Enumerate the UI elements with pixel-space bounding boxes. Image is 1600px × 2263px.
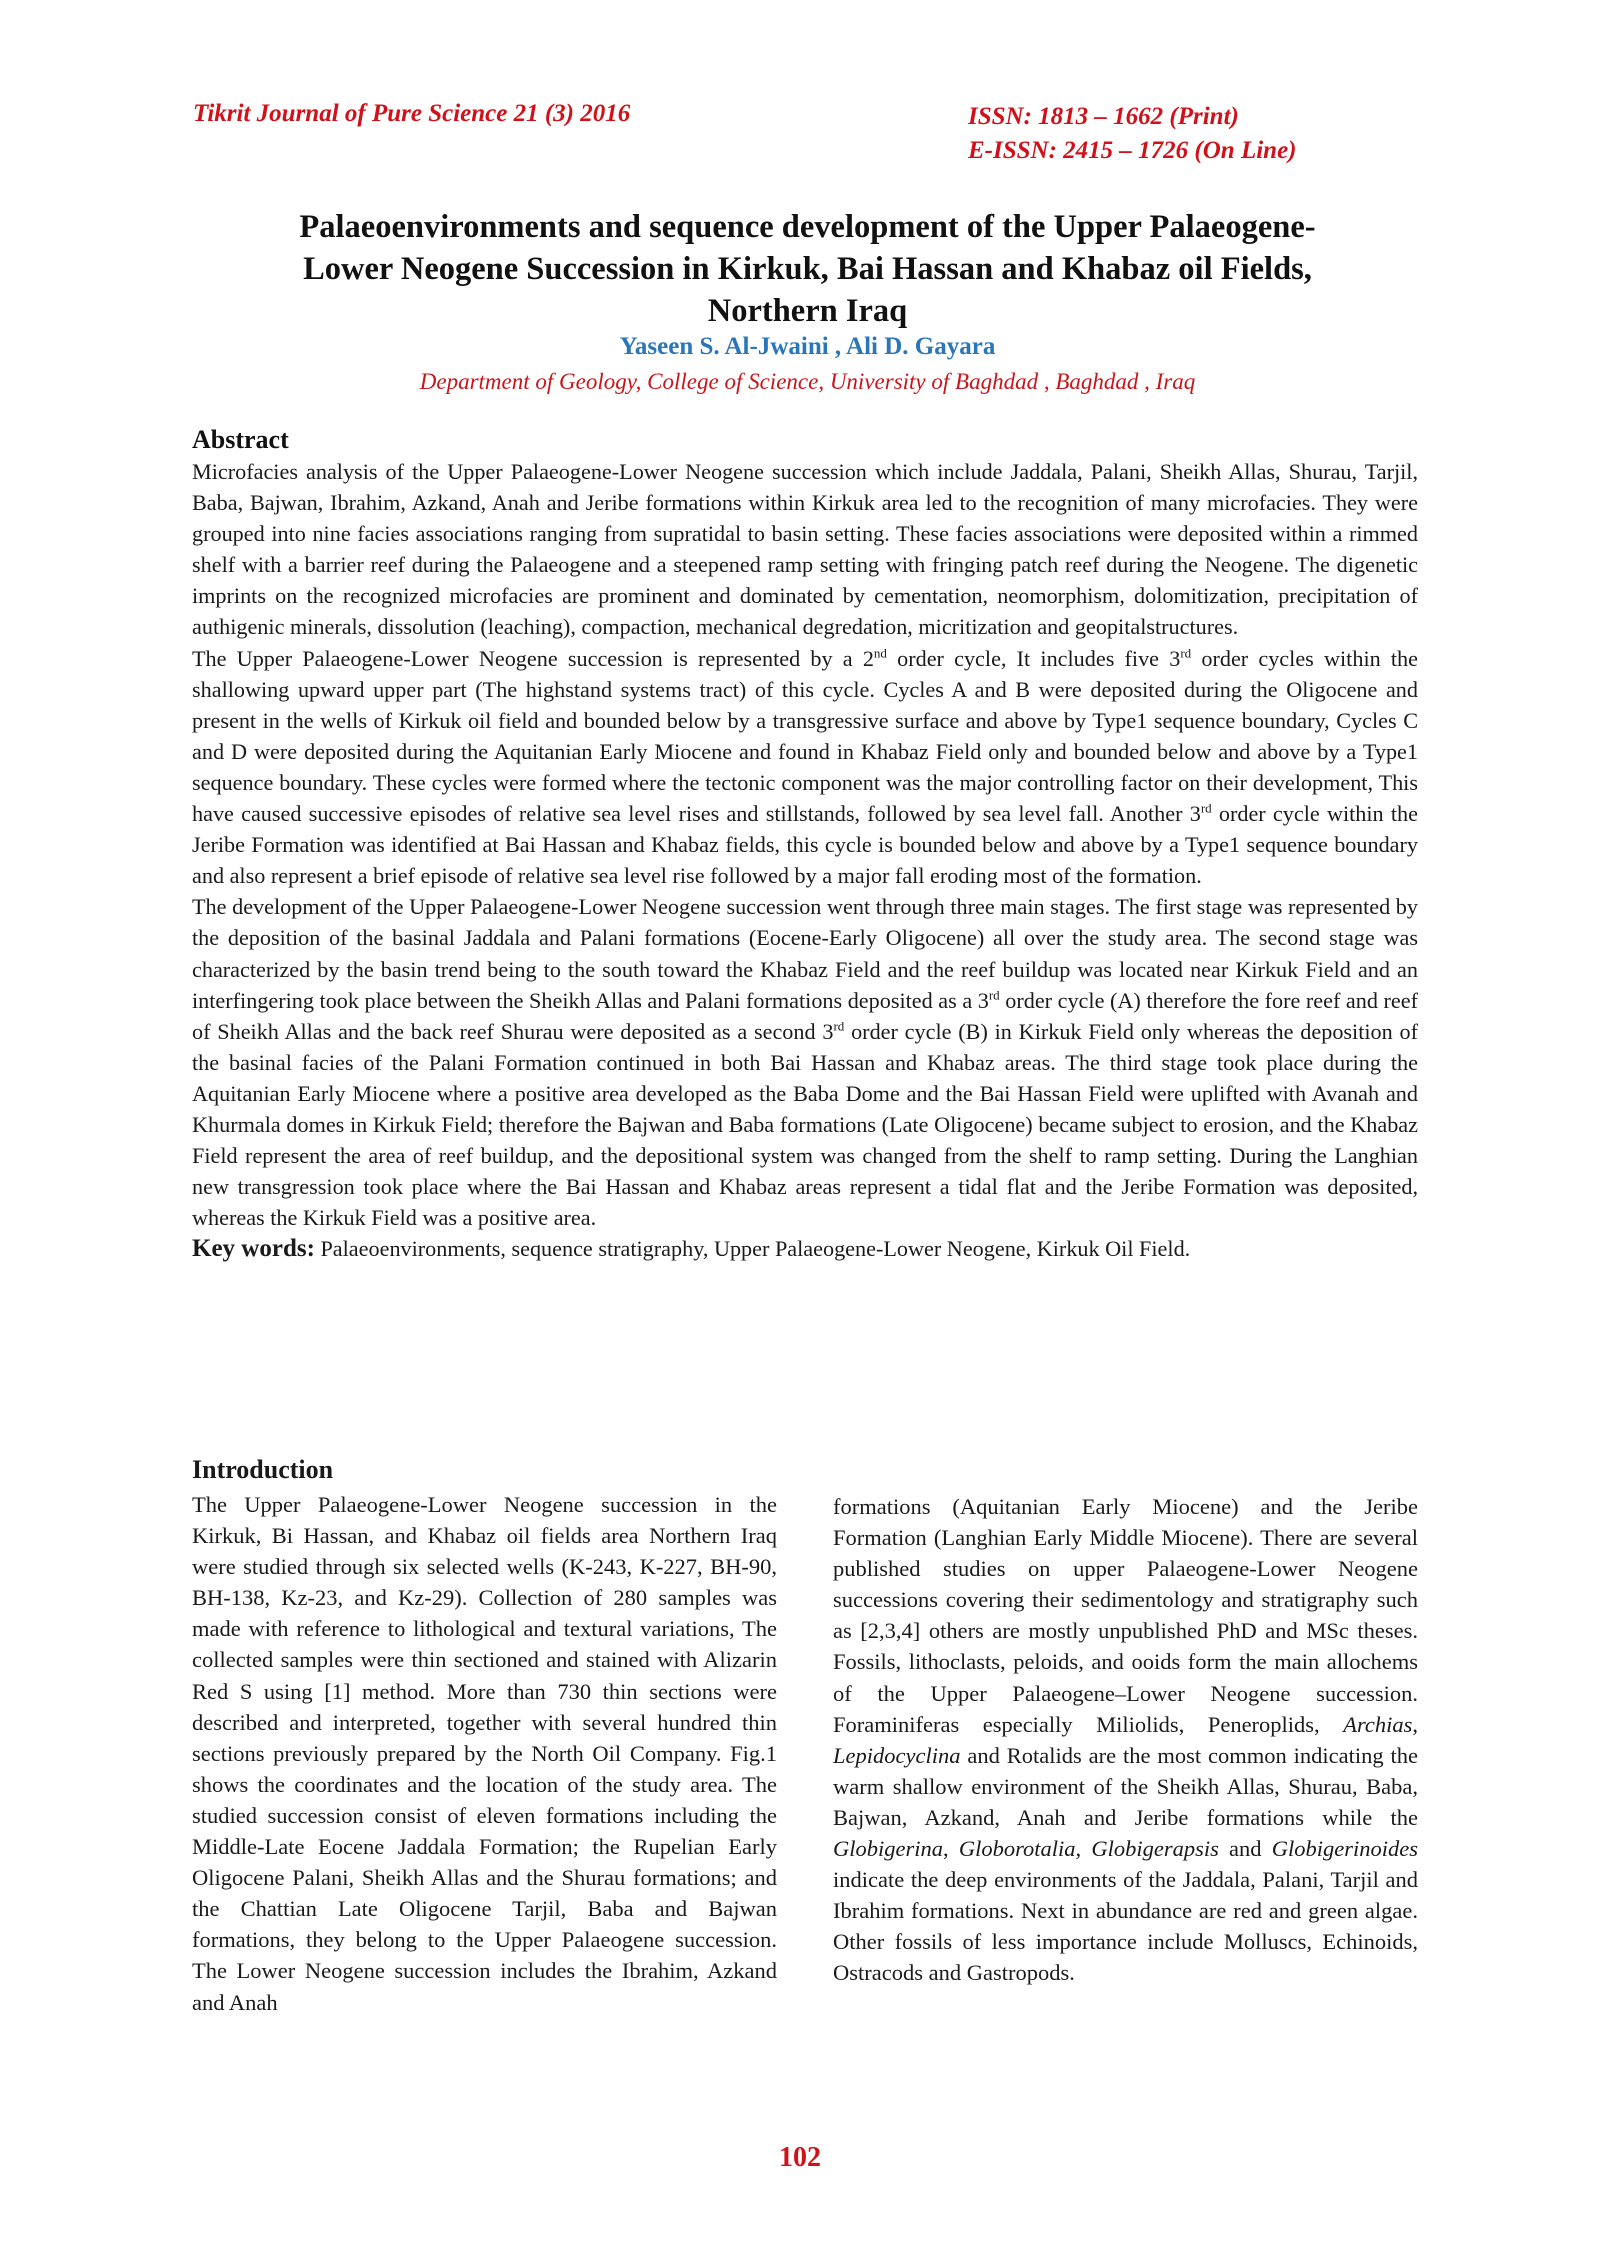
introduction-left-column: The Upper Palaeogene-Lower Neogene succe… [192, 1489, 777, 2018]
text-run: and [1219, 1836, 1272, 1861]
taxon-name: Archias [1343, 1712, 1412, 1737]
introduction-right-column: formations (Aquitanian Early Miocene) an… [833, 1491, 1418, 1989]
abstract-paragraph-2: The Upper Palaeogene-Lower Neogene succe… [192, 643, 1418, 892]
text-run: indicate the deep environments of the Ja… [833, 1867, 1418, 1985]
abstract-paragraph-1: Microfacies analysis of the Upper Palaeo… [192, 456, 1418, 643]
text-run: formations (Aquitanian Early Miocene) an… [833, 1494, 1418, 1737]
text-run: , [1412, 1712, 1418, 1737]
title-line-1: Palaeoenvironments and sequence developm… [190, 206, 1425, 248]
title-line-3: Northern Iraq [190, 290, 1425, 332]
taxon-name: Globigerapsis [1091, 1836, 1219, 1861]
abstract-section: Abstract Microfacies analysis of the Upp… [192, 424, 1418, 1264]
taxon-name: Globorotalia, [959, 1836, 1081, 1861]
taxon-name: Globigerinoides [1272, 1836, 1418, 1861]
introduction-paragraph-right: formations (Aquitanian Early Miocene) an… [833, 1491, 1418, 1989]
journal-name: Tikrit Journal of Pure Science 21 (3) 20… [193, 100, 630, 128]
superscript: rd [989, 987, 1000, 1002]
introduction-paragraph-left: The Upper Palaeogene-Lower Neogene succe… [192, 1489, 777, 2018]
text-run: order cycles within the shallowing upwar… [192, 646, 1418, 826]
issn-block: ISSN: 1813 – 1662 (Print) E-ISSN: 2415 –… [968, 100, 1297, 168]
introduction-heading: Introduction [192, 1455, 333, 1485]
superscript: nd [874, 645, 887, 660]
superscript: rd [1180, 645, 1191, 660]
keywords: Key words: Palaeoenvironments, sequence … [192, 1233, 1418, 1264]
affiliation: Department of Geology, College of Scienc… [190, 369, 1425, 395]
abstract-heading: Abstract [192, 424, 1418, 456]
text-run: , [943, 1836, 959, 1861]
taxon-name: Globigerina [833, 1836, 943, 1861]
abstract-paragraph-3: The development of the Upper Palaeogene-… [192, 891, 1418, 1233]
authors: Yaseen S. Al-Jwaini , Ali D. Gayara [190, 333, 1425, 361]
keywords-label: Key words: [192, 1235, 315, 1262]
issn-online: E-ISSN: 2415 – 1726 (On Line) [968, 134, 1297, 168]
issn-print: ISSN: 1813 – 1662 (Print) [968, 100, 1297, 134]
taxon-name: Lepidocyclina [833, 1743, 960, 1768]
keywords-list: Palaeoenvironments, sequence stratigraph… [315, 1236, 1190, 1261]
text-run: order cycle, It includes five 3 [887, 646, 1180, 671]
superscript: rd [1201, 801, 1212, 816]
article-title: Palaeoenvironments and sequence developm… [190, 206, 1425, 332]
text-run: order cycle (B) in Kirkuk Field only whe… [192, 1019, 1418, 1231]
text-run [1081, 1836, 1091, 1861]
page-number: 102 [0, 2142, 1600, 2174]
title-line-2: Lower Neogene Succession in Kirkuk, Bai … [190, 248, 1425, 290]
text-run: The Upper Palaeogene-Lower Neogene succe… [192, 646, 874, 671]
superscript: rd [833, 1018, 844, 1033]
